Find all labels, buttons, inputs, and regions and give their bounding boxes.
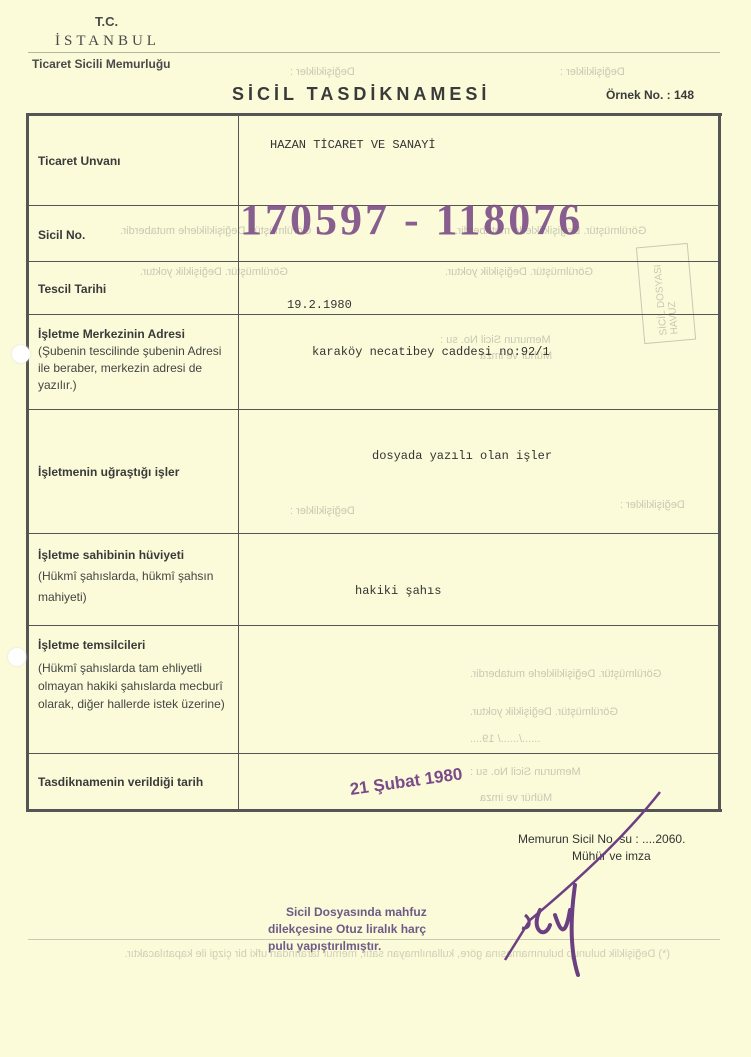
issue-date-label: Tasdiknamenin verildiği tarih <box>38 774 203 791</box>
row-divider <box>29 314 718 315</box>
owner-identity-label: İşletme sahibinin hüviyeti (Hükmî şahısl… <box>38 545 234 608</box>
business-activity-value: dosyada yazılı olan işler <box>372 449 552 463</box>
registration-date-label: Tescil Tarihi <box>38 281 106 298</box>
faded-side-stamp: SİCİL DOSYASI HAVUZ <box>636 243 696 344</box>
ghost-seen-none-3: Görülmüştür. Değişiklik yoktur. <box>470 706 618 718</box>
table-top-border <box>26 113 722 116</box>
city-label: İSTANBUL <box>55 33 160 50</box>
owner-identity-sublabel: (Hükmî şahıslarda, hükmî şahsın mahiyeti… <box>38 569 213 604</box>
state-label: T.C. <box>95 14 118 29</box>
row-divider <box>29 533 718 534</box>
representatives-label: İşletme temsilcileri (Hükmî şahıslarda t… <box>38 636 234 713</box>
trade-name-value: HAZAN TİCARET VE SANAYİ <box>270 138 436 152</box>
signature-mark <box>470 790 670 990</box>
column-divider <box>238 115 239 810</box>
form-number: Örnek No. : 148 <box>606 88 694 102</box>
punch-hole <box>12 345 30 363</box>
row-divider <box>29 753 718 754</box>
business-activity-label: İşletmenin uğraştığı işler <box>38 464 179 481</box>
fee-stamp-line-1: Sicil Dosyasında mahfuz <box>268 904 427 921</box>
header-rule <box>28 52 720 53</box>
ghost-officer-no-2: Memurun Sicil No. su : <box>470 766 581 778</box>
ghost-changes-2: Değişiklikler : <box>290 66 355 78</box>
ghost-seen-valid-3: Görülmüştür. Değişikliklerle mutaberdir. <box>470 668 661 680</box>
ghost-changes-3: Değişiklikler : <box>620 499 685 511</box>
address-label: İşletme Merkezinin Adresi (Şubenin tesci… <box>38 326 234 394</box>
row-divider <box>29 261 718 262</box>
ghost-changes-4: Değişiklikler : <box>290 505 355 517</box>
row-divider <box>29 409 718 410</box>
owner-identity-value: hakiki şahıs <box>355 584 441 598</box>
ghost-seen-none-2: Görülmüştür. Değişiklik yoktur. <box>140 266 288 278</box>
row-divider <box>29 625 718 626</box>
issue-date-stamp: 21 Şubat 1980 <box>349 764 464 800</box>
address-value: karaköy necatibey caddesi no:92/1 <box>312 345 550 359</box>
representatives-sublabel: (Hükmî şahıslarda tam ehliyetli olmayan … <box>38 659 234 713</box>
registry-no-stamp: 170597 - 118076 <box>240 194 583 245</box>
table-left-border <box>26 115 29 810</box>
fee-stamp-line-2: dilekçesine Otuz liralık harç <box>268 921 427 938</box>
table-right-border <box>718 115 721 810</box>
document-title: SİCİL TASDİKNAMESİ <box>232 84 490 105</box>
punch-hole <box>8 648 26 666</box>
ghost-changes: Değişiklikler : <box>560 66 625 78</box>
address-sublabel: (Şubenin tescilinde şubenin Adresi ile b… <box>38 344 221 392</box>
trade-name-label: Ticaret Unvanı <box>38 153 120 170</box>
registry-no-label: Sicil No. <box>38 227 85 244</box>
ghost-seen-none: Görülmüştür. Değişiklik yoktur. <box>445 266 593 278</box>
ghost-date-blank: ....../....../ 19.... <box>470 733 540 745</box>
office-label: Ticaret Sicili Memurluğu <box>32 57 170 71</box>
registration-date-value: 19.2.1980 <box>287 298 352 312</box>
